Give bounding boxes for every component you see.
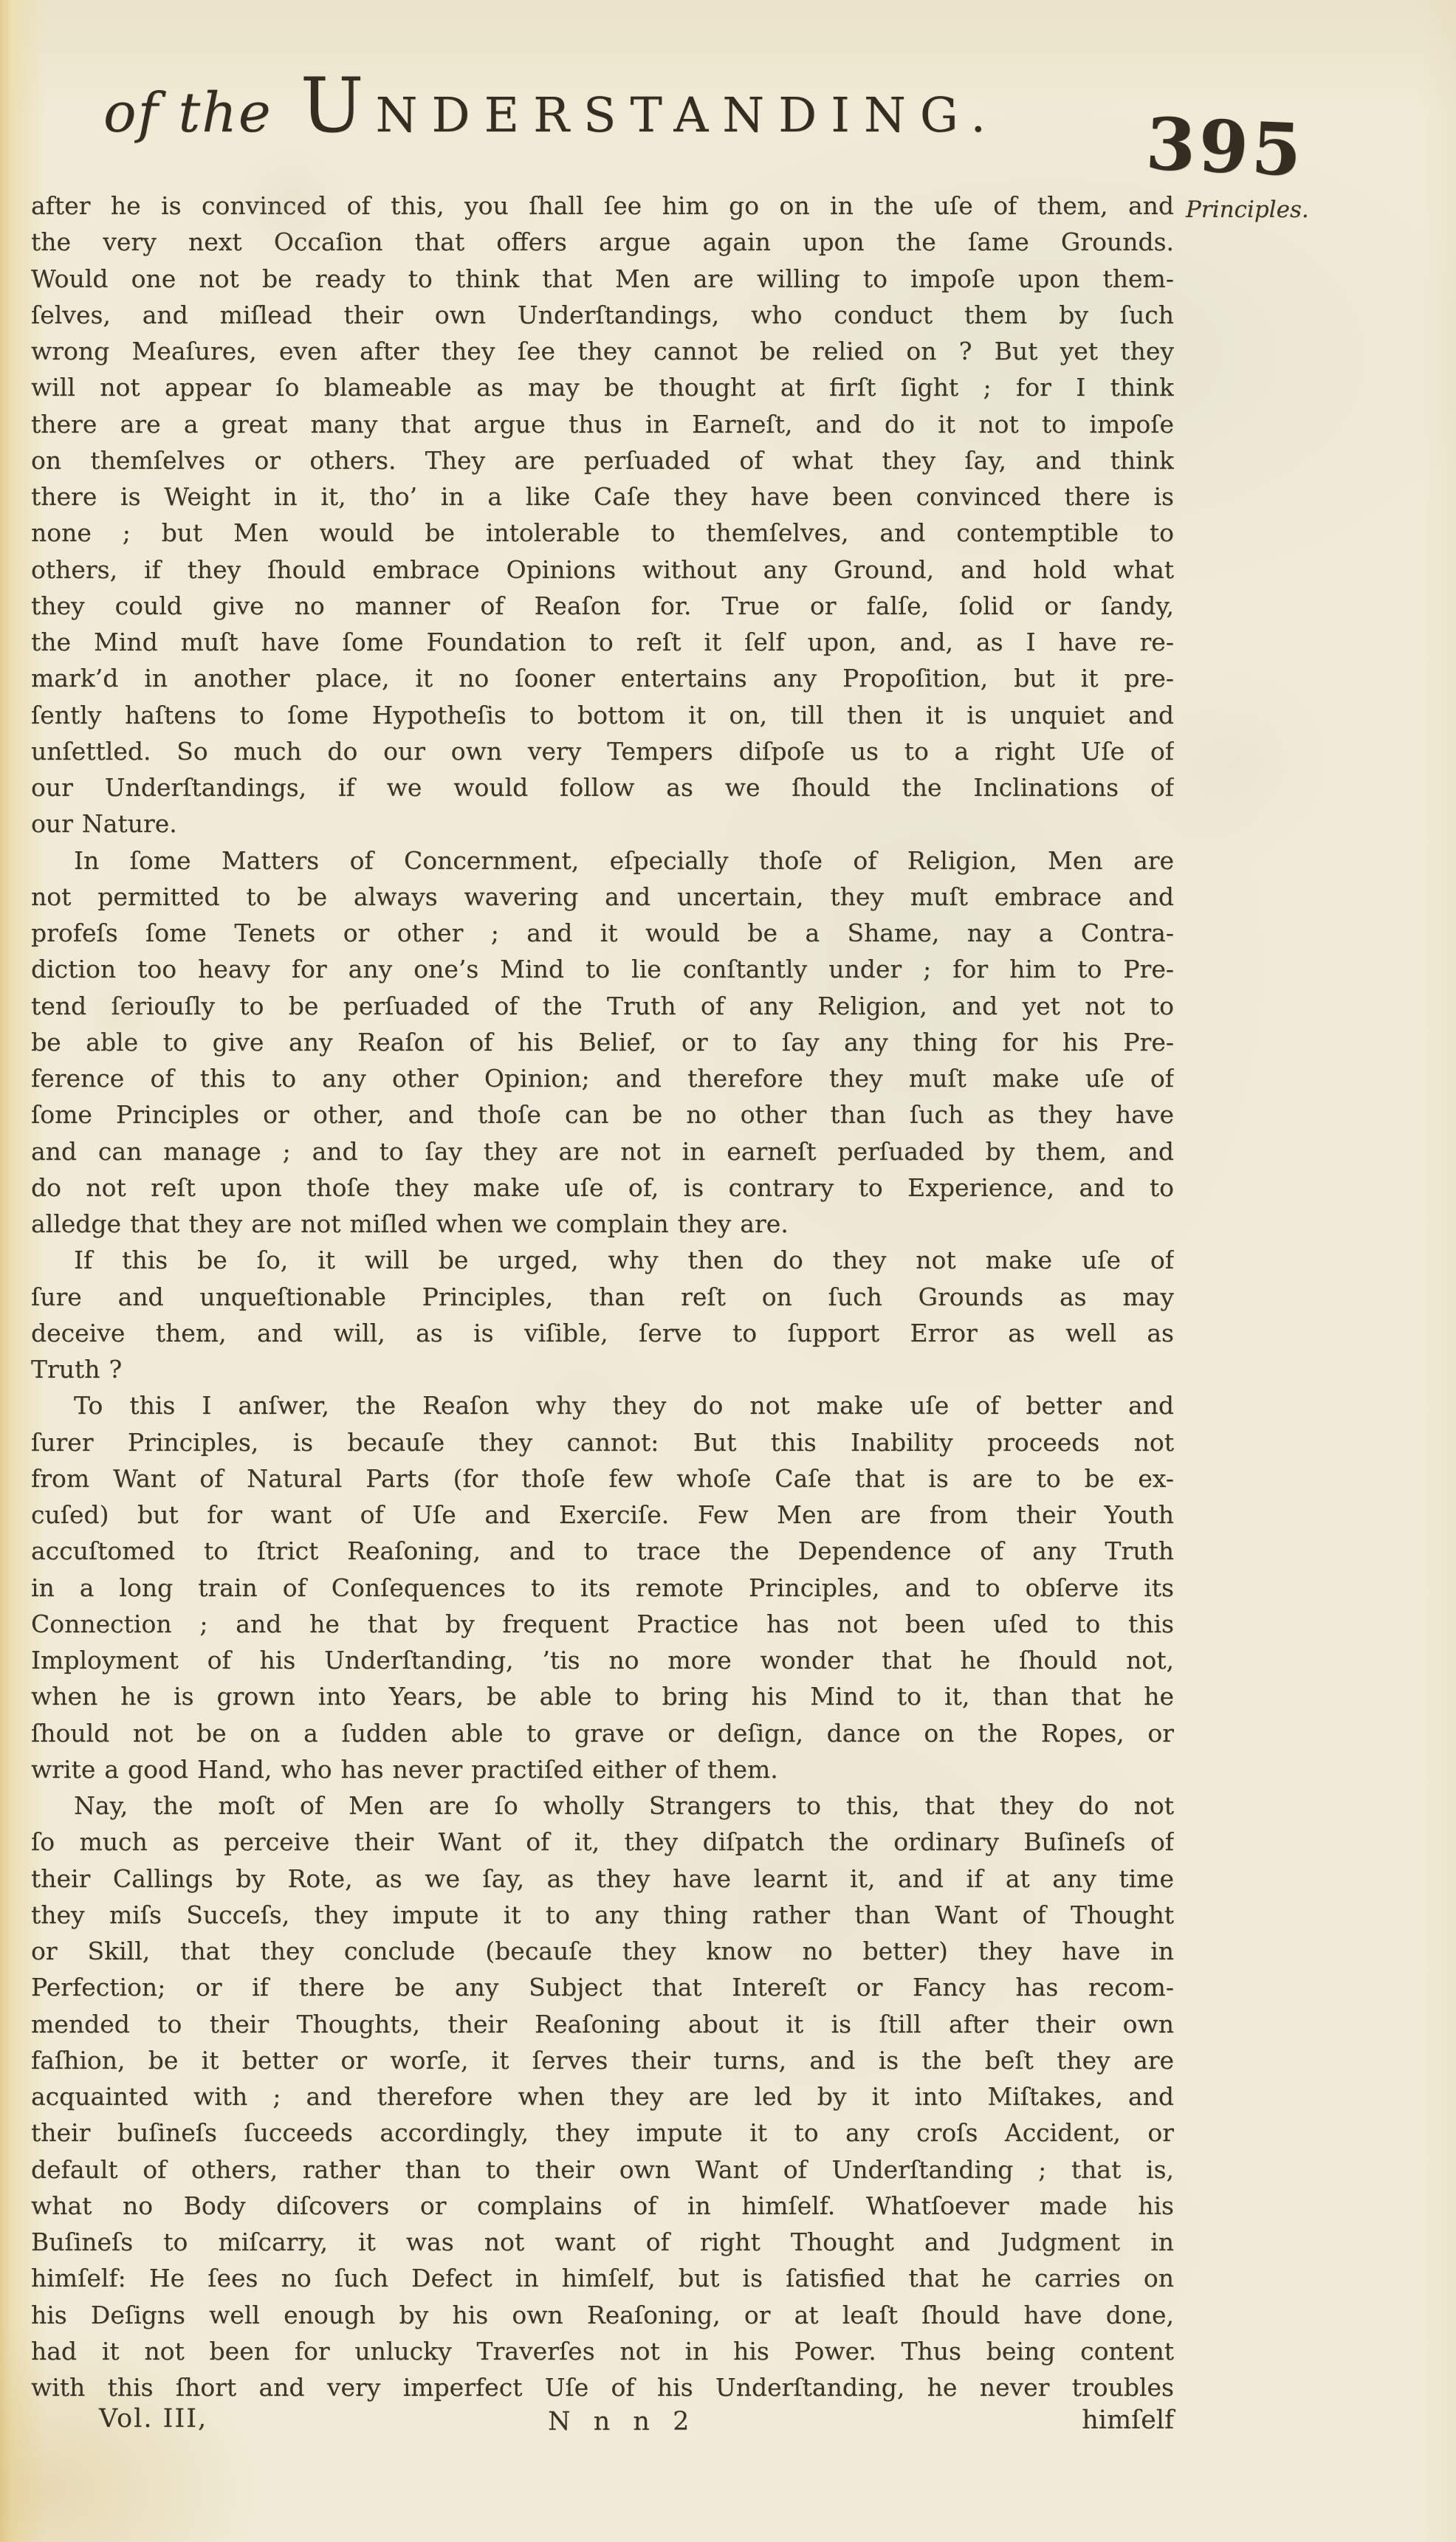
text-line: there are a great many that argue thus i…	[31, 406, 1174, 442]
text-line: unſettled. So much do our own very Tempe…	[31, 733, 1174, 769]
text-line: To this I anſwer, the Reaſon why they do…	[31, 1387, 1174, 1423]
text-line: with this ſhort and very imperfect Uſe o…	[31, 2369, 1174, 2405]
text-line: default of others, rather than to their …	[31, 2151, 1174, 2188]
text-line: accuſtomed to ſtrict Reaſoning, and to t…	[31, 1533, 1174, 1569]
text-line: ſelves, and miſlead their own Underſtand…	[31, 297, 1174, 333]
paragraph: after he is convinced of this, you ſhall…	[31, 188, 1174, 842]
text-line: ſo much as perceive their Want of it, th…	[31, 1824, 1174, 1860]
text-line: the very next Occaſion that offers argue…	[31, 224, 1174, 260]
volume-label: Vol. III,	[99, 2404, 207, 2433]
text-line: others, if they ſhould embrace Opinions …	[31, 552, 1174, 588]
text-line: mark’d in another place, it no ſooner en…	[31, 660, 1174, 696]
text-line: their buſineſs ſucceeds accordingly, the…	[31, 2115, 1174, 2151]
text-line: after he is convinced of this, you ſhall…	[31, 188, 1174, 224]
text-line: faſhion, be it better or worſe, it ſerve…	[31, 2042, 1174, 2078]
text-line: their Callings by Rote, as we ſay, as th…	[31, 1861, 1174, 1897]
text-line: ference of this to any other Opinion; an…	[31, 1060, 1174, 1096]
text-line: wrong Meaſures, even after they ſee they…	[31, 333, 1174, 369]
running-header-title-rest: NDERSTANDING.	[376, 88, 1000, 143]
text-line: If this be ſo, it will be urged, why the…	[31, 1242, 1174, 1278]
text-line: ſhould not be on a ſudden able to grave …	[31, 1715, 1174, 1751]
catchword: himſelf	[1082, 2405, 1174, 2435]
text-line: cuſed) but for want of Uſe and Exerciſe.…	[31, 1497, 1174, 1533]
text-line: mended to their Thoughts, their Reaſonin…	[31, 2006, 1174, 2042]
text-line: Buſineſs to miſcarry, it was not want of…	[31, 2224, 1174, 2260]
text-line: alledge that they are not miſled when we…	[31, 1206, 1174, 1242]
text-line: his Deſigns well enough by his own Reaſo…	[31, 2297, 1174, 2333]
text-line: from Want of Natural Parts (for thoſe fe…	[31, 1460, 1174, 1497]
text-line: they could give no manner of Reaſon for.…	[31, 588, 1174, 624]
text-line: they miſs Succeſs, they impute it to any…	[31, 1897, 1174, 1933]
text-line: in a long train of Conſequences to its r…	[31, 1570, 1174, 1606]
text-line: ſurer Principles, is becauſe they cannot…	[31, 1424, 1174, 1460]
page-number: 395	[1144, 101, 1306, 192]
text-line: or Skill, that they conclude (becauſe th…	[31, 1933, 1174, 1969]
paragraph: To this I anſwer, the Reaſon why they do…	[31, 1387, 1174, 1787]
text-line: diction too heavy for any one’s Mind to …	[31, 951, 1174, 987]
text-line: had it not been for unlucky Traverſes no…	[31, 2333, 1174, 2369]
text-line: Imployment of his Underſtanding, ’tis no…	[31, 1642, 1174, 1678]
text-line: be able to give any Reaſon of his Belief…	[31, 1024, 1174, 1060]
text-line: Truth ?	[31, 1351, 1174, 1387]
text-line: Connection ; and he that by frequent Pra…	[31, 1606, 1174, 1642]
text-line: the Mind muſt have ſome Foundation to re…	[31, 624, 1174, 660]
text-line: not permitted to be always wavering and …	[31, 879, 1174, 915]
signature-mark: N n n 2	[548, 2407, 696, 2436]
margin-note: Principles.	[1186, 196, 1407, 223]
text-line: what no Body diſcovers or complains of i…	[31, 2188, 1174, 2224]
text-line: there is Weight in it, tho’ in a like Ca…	[31, 478, 1174, 515]
text-line: write a good Hand, who has never practiſ…	[31, 1751, 1174, 1787]
text-line: Would one not be ready to think that Men…	[31, 261, 1174, 297]
text-line: Perfection; or if there be any Subject t…	[31, 1969, 1174, 2005]
text-line: do not reſt upon thoſe they make uſe of,…	[31, 1169, 1174, 1206]
text-line: will not appear ſo blameable as may be t…	[31, 369, 1174, 405]
text-line: ſome Principles or other, and thoſe can …	[31, 1096, 1174, 1133]
text-line: In ſome Matters of Concernment, eſpecial…	[31, 842, 1174, 879]
text-body: after he is convinced of this, you ſhall…	[31, 188, 1174, 2405]
text-line: none ; but Men would be intolerable to t…	[31, 515, 1174, 551]
text-line: our Underſtandings, if we would follow a…	[31, 769, 1174, 805]
running-header-title: UNDERSTANDING.	[301, 62, 1000, 150]
text-line: on themſelves or others. They are perſua…	[31, 442, 1174, 478]
text-line: profeſs ſome Tenets or other ; and it wo…	[31, 915, 1174, 951]
paragraph: In ſome Matters of Concernment, eſpecial…	[31, 842, 1174, 1243]
text-line: our Nature.	[31, 805, 1174, 842]
text-line: acquainted with ; and therefore when the…	[31, 2078, 1174, 2115]
text-line: ſure and unqueſtionable Principles, than…	[31, 1279, 1174, 1315]
text-line: Nay, the moſt of Men are ſo wholly Stran…	[31, 1787, 1174, 1824]
text-line: ſently haſtens to ſome Hypotheſis to bot…	[31, 697, 1174, 733]
text-line: and can manage ; and to ſay they are not…	[31, 1133, 1174, 1169]
paragraph: Nay, the moſt of Men are ſo wholly Stran…	[31, 1787, 1174, 2405]
text-line: deceive them, and will, as is viſible, ſ…	[31, 1315, 1174, 1351]
book-page: of the UNDERSTANDING. 395 Principles. af…	[0, 0, 1456, 2542]
running-header: of the UNDERSTANDING.	[103, 62, 1000, 150]
running-header-prefix: of the	[103, 81, 272, 145]
page-footer: Vol. III, N n n 2 himſelf	[31, 2404, 1174, 2448]
running-header-title-initial: U	[301, 62, 376, 150]
text-line: tend ſeriouſly to be perſuaded of the Tr…	[31, 988, 1174, 1024]
text-line: himſelf: He ſees no ſuch Defect in himſe…	[31, 2260, 1174, 2296]
paragraph: If this be ſo, it will be urged, why the…	[31, 1242, 1174, 1387]
text-line: when he is grown into Years, be able to …	[31, 1678, 1174, 1714]
